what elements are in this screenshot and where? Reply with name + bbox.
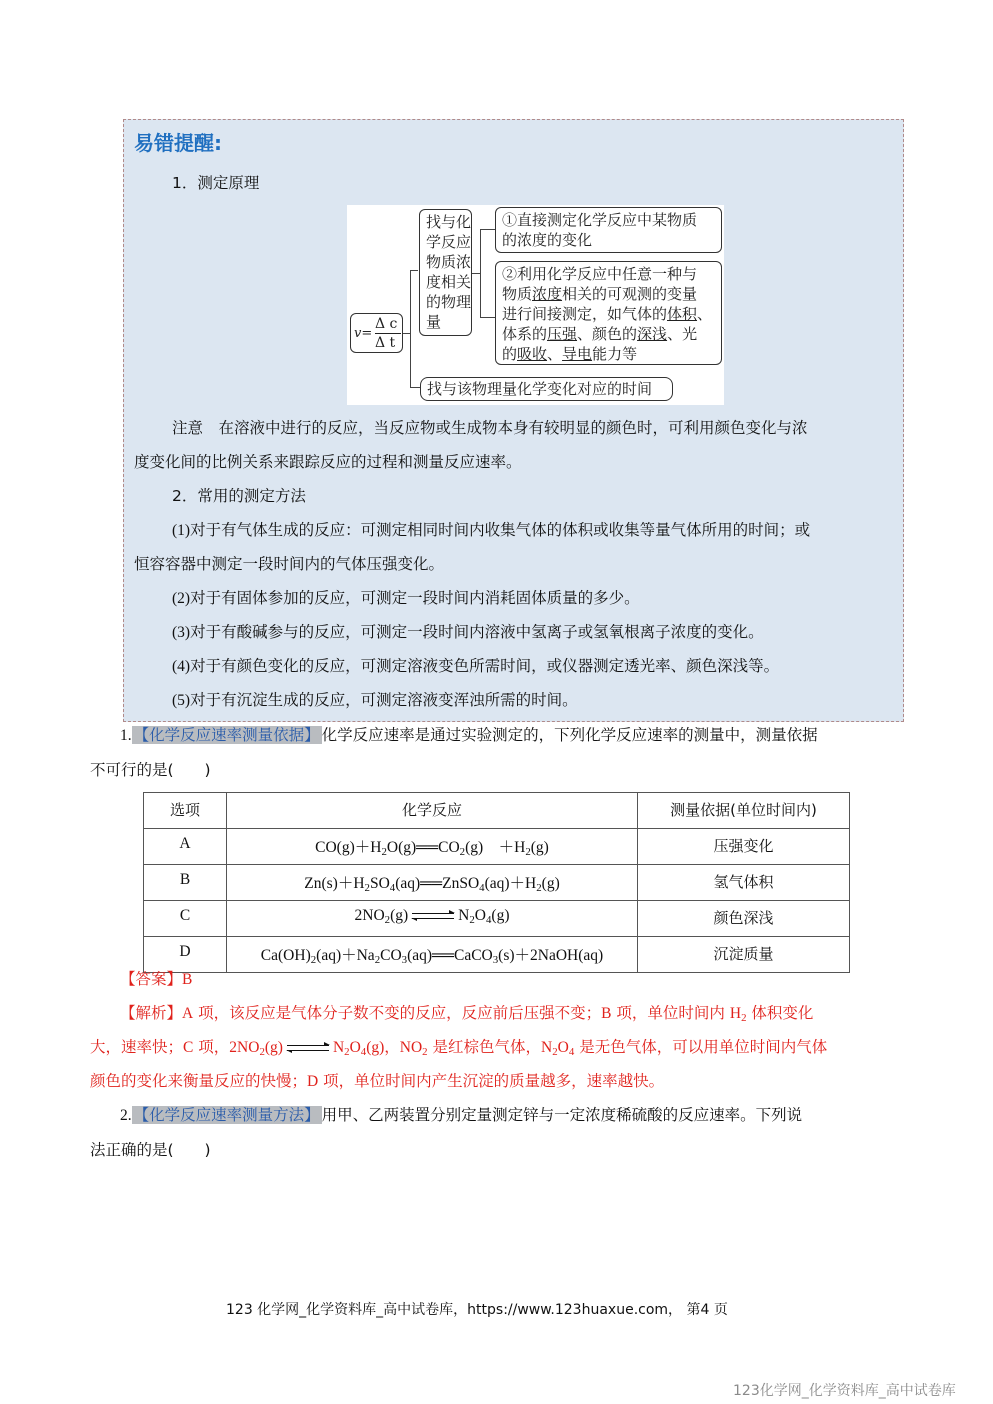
section1-heading: 1．测定原理 [172,173,259,193]
reaction-cell: 2NO2(g)N2O4(g) [227,901,638,937]
question1-line2: 不可行的是( ) [90,760,211,780]
formula-numerator: Δ c [375,314,397,334]
analysis-line3: 颜色的变化来衡量反应的快慢；D 项，单位时间内产生沉淀的质量越多，速率越快。 [90,1071,664,1092]
option-cell: D [144,937,227,973]
table-row: C 2NO2(g)N2O4(g) 颜色深浅 [144,901,850,937]
table-row: D Ca(OH)2(aq)＋Na2CO3(aq)══CaCO3(s)＋2NaOH… [144,937,850,973]
question2-line1: 2.【化学反应速率测量方法】用甲、乙两装置分别定量测定锌与一定浓度稀硫酸的反应速… [120,1105,802,1126]
question1-table: 选项 化学反应 测量依据(单位时间内) A CO(g)＋H2O(g)══CO2(… [143,792,850,973]
box2-line2: 物质浓度相关的可观测的变量 [502,284,721,304]
basis-cell: 沉淀质量 [638,937,850,973]
page-footer: 123 化学网_化学资料库_高中试卷库，https://www.123huaxu… [226,1299,728,1319]
question2-line2: 法正确的是( ) [90,1140,211,1160]
header-basis: 测量依据(单位时间内) [638,793,850,829]
method-1: (1)对于有气体生成的反应：可测定相同时间内收集气体的体积或收集等量气体所用的时… [172,520,810,541]
answer: 【答案】B [120,969,192,990]
box2-line5: 的吸收、导电能力等 [502,344,721,364]
analysis-line2: 大，速率快；C 项，2NO2(g)N2O4(g)，NO2 是红棕色气体，N2O4… [90,1037,827,1058]
method-2: (2)对于有固体参加的反应，可测定一段时间内消耗固体质量的多少。 [172,588,640,609]
section2-heading: 2．常用的测定方法 [172,486,306,506]
table-header-row: 选项 化学反应 测量依据(单位时间内) [144,793,850,829]
method-box-direct: ①直接测定化学反应中某物质 的浓度的变化 [495,207,722,253]
note-line2: 度变化间的比例关系来跟踪反应的过程和测量反应速率。 [134,452,522,472]
method-5: (5)对于有沉淀生成的反应，可测定溶液变浑浊所需的时间。 [172,690,578,711]
equilibrium-arrow-icon [287,1043,329,1053]
basis-cell: 颜色深浅 [638,901,850,937]
basis-cell: 氢气体积 [638,865,850,901]
question2-tag: 【化学反应速率测量方法】 [132,1106,322,1124]
time-box: 找与该物理量化学变化对应的时间 [420,377,673,401]
reaction-cell: Zn(s)＋H2SO4(aq)══ZnSO4(aq)＋H2(g) [227,865,638,901]
formula-lhs: v= [354,324,372,344]
tip-title: 易错提醒: [134,127,222,156]
question1-tag: 【化学反应速率测量依据】 [132,726,322,744]
box2-line3: 进行间接测定，如气体的体积、 [502,304,721,324]
equilibrium-arrow-icon [412,911,454,921]
question1-line1: 1.【化学反应速率测量依据】化学反应速率是通过实验测定的，下列化学反应速率的测量… [120,725,818,746]
middle-box: 找与化 学反应 物质浓 度相关 的物理 量 [419,209,472,336]
method-1-line2: 恒容容器中测定一段时间内的气体压强变化。 [134,554,444,574]
option-cell: A [144,829,227,865]
option-cell: B [144,865,227,901]
method-4: (4)对于有颜色变化的反应，可测定溶液变色所需时间，或仪器测定透光率、颜色深浅等… [172,656,779,677]
basis-cell: 压强变化 [638,829,850,865]
formula-box: v= Δ c Δ t [350,313,403,353]
table-row: A CO(g)＋H2O(g)══CO2(g) ＋H2(g) 压强变化 [144,829,850,865]
reaction-cell: CO(g)＋H2O(g)══CO2(g) ＋H2(g) [227,829,638,865]
formula-denominator: Δ t [375,333,395,353]
analysis-line1: 【解析】A 项，该反应是气体分子数不变的反应，反应前后压强不变；B 项，单位时间… [120,1003,813,1024]
watermark: 123化学网_化学资料库_高中试卷库 [733,1380,956,1400]
note-line1: 注意 在溶液中进行的反应，当反应物或生成物本身有较明显的颜色时，可利用颜色变化与… [172,418,808,438]
method-3: (3)对于有酸碱参与的反应，可测定一段时间内溶液中氢离子或氢氧根离子浓度的变化。 [172,622,764,643]
reaction-cell: Ca(OH)2(aq)＋Na2CO3(aq)══CaCO3(s)＋2NaOH(a… [227,937,638,973]
principle-diagram: v= Δ c Δ t 找与化 学反应 物质浓 度相关 的物理 量 ①直接测定化学… [347,205,724,405]
table-row: B Zn(s)＋H2SO4(aq)══ZnSO4(aq)＋H2(g) 氢气体积 [144,865,850,901]
header-option: 选项 [144,793,227,829]
method-box-indirect: ②利用化学反应中任意一种与 物质浓度相关的可观测的变量 进行间接测定，如气体的体… [495,261,722,365]
box2-line4: 体系的压强、颜色的深浅、光 [502,324,721,344]
header-reaction: 化学反应 [227,793,638,829]
option-cell: C [144,901,227,937]
